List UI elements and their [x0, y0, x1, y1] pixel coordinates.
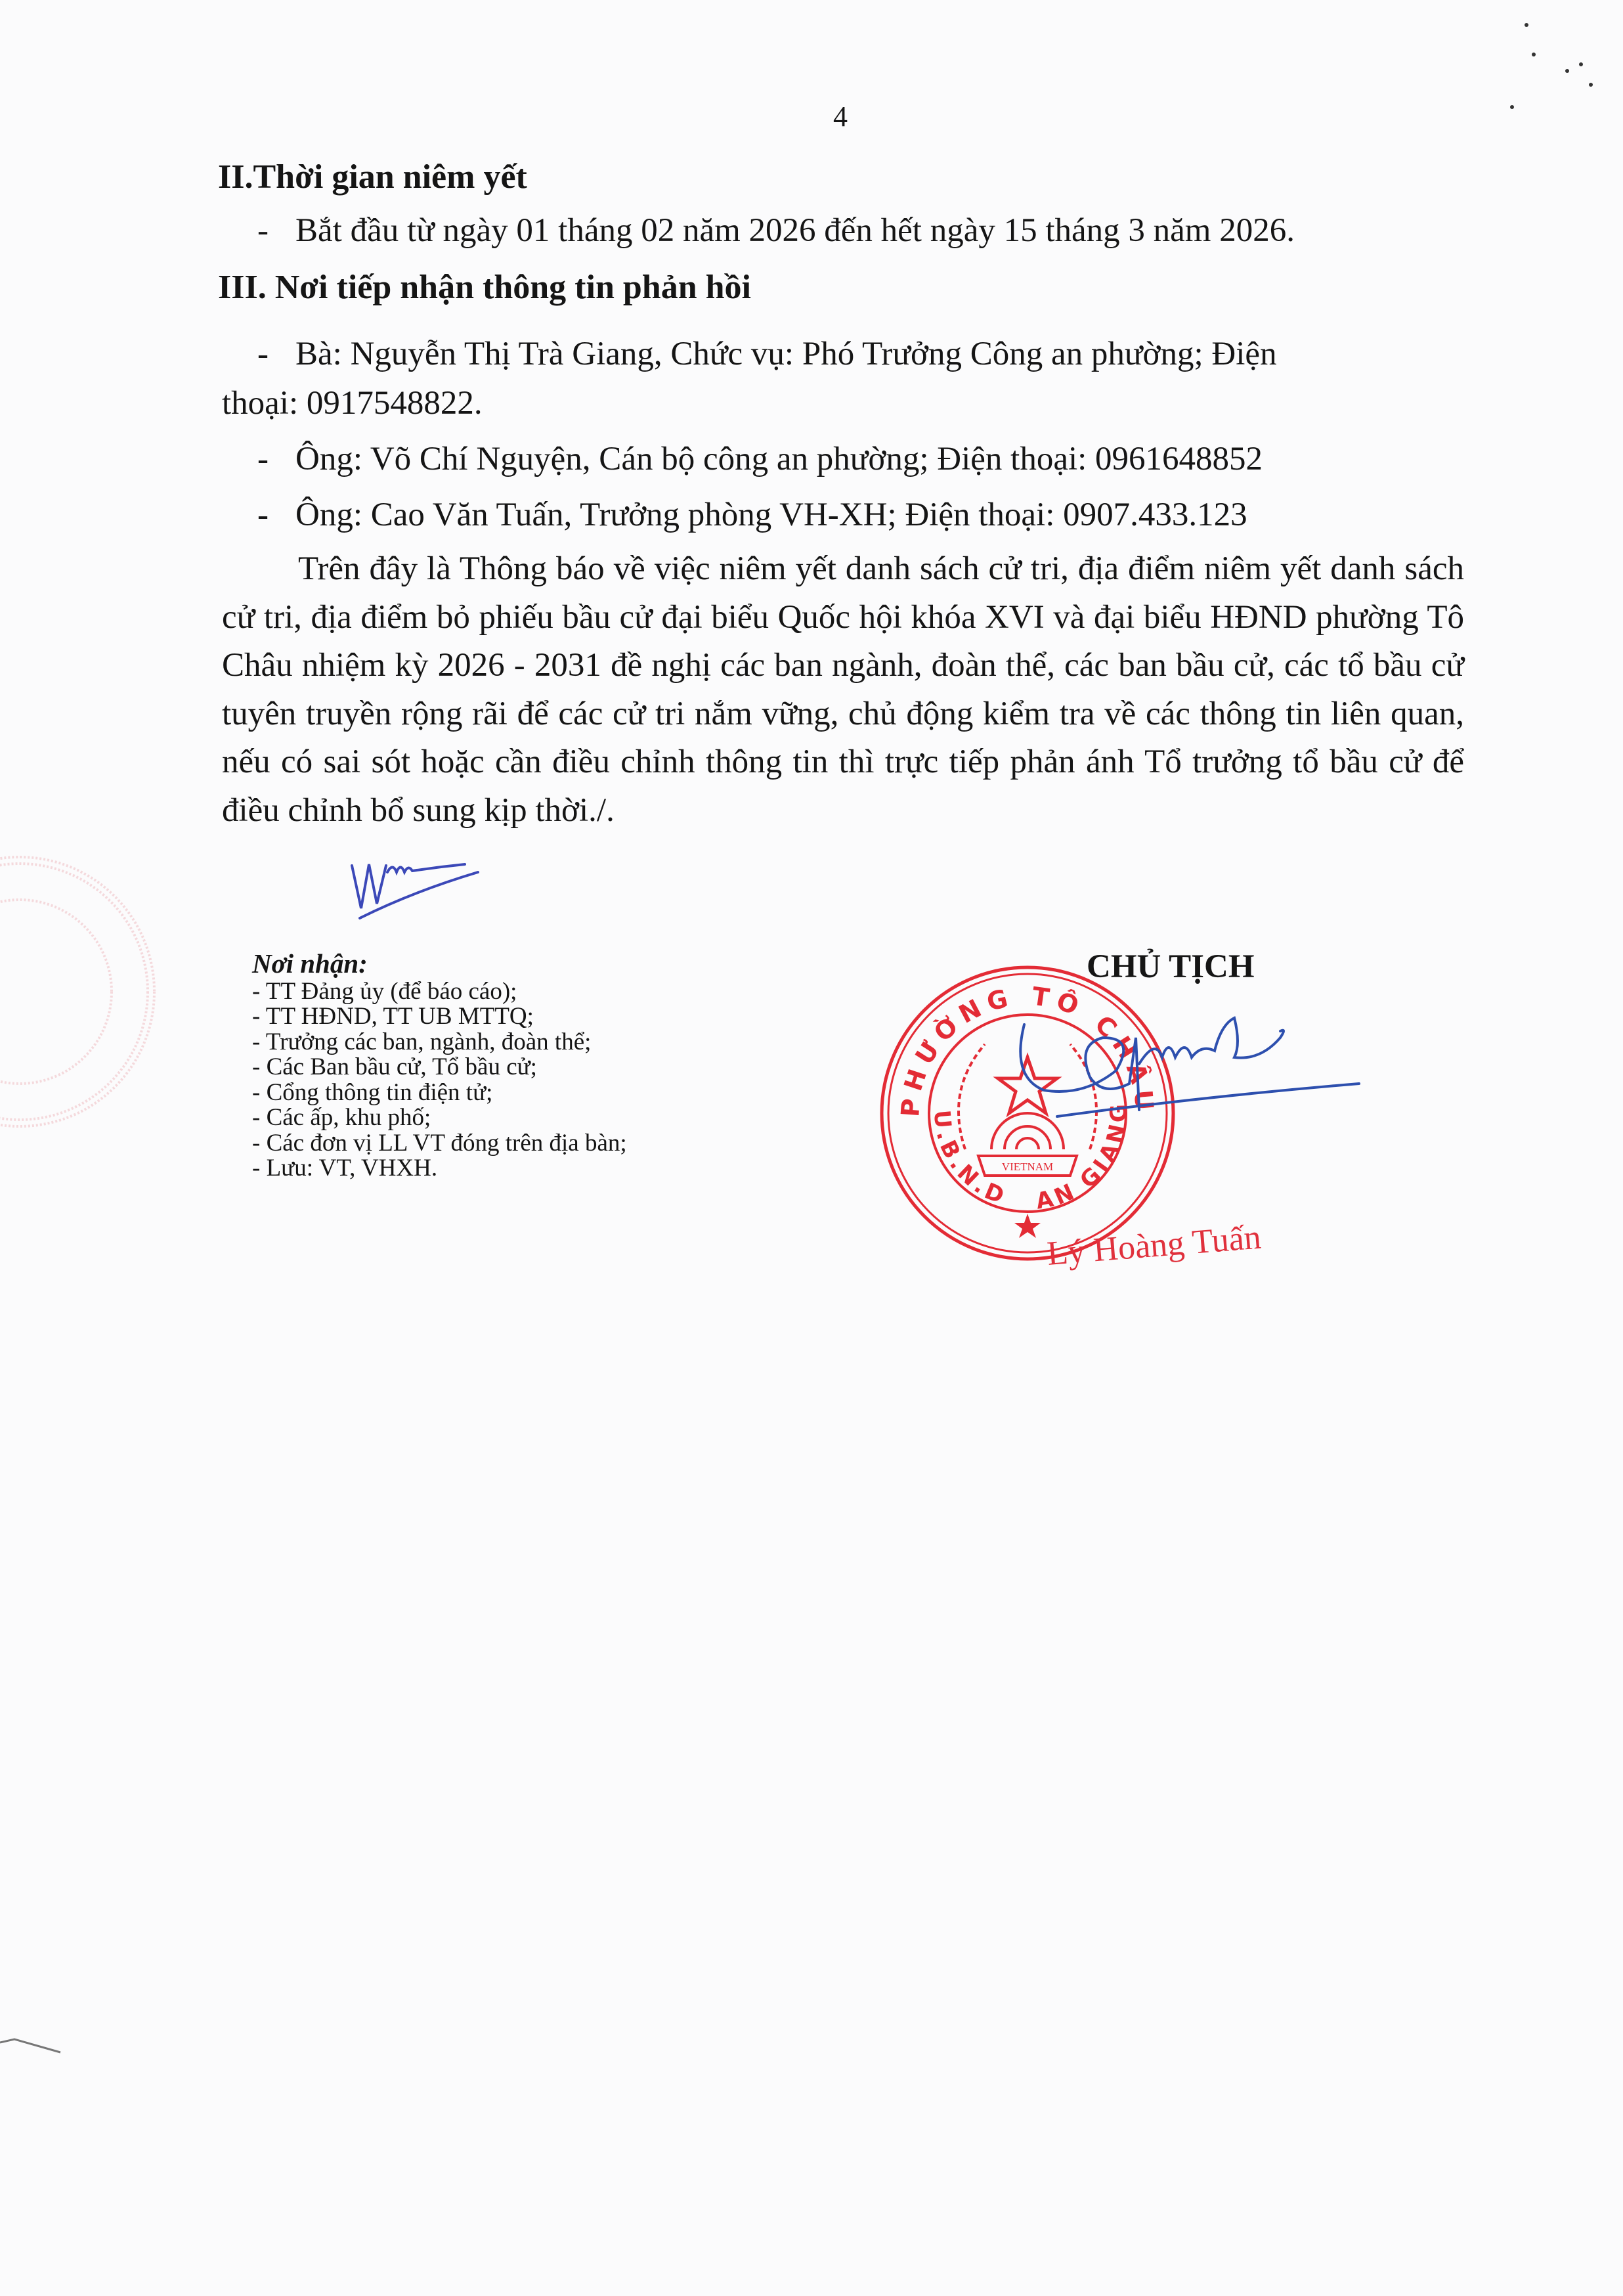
scan-speck	[1579, 62, 1583, 66]
initials-signature-icon	[347, 846, 491, 925]
bullet-dash: -	[257, 496, 295, 534]
contact-item-continuation: thoại: 0917548822.	[222, 384, 483, 422]
recipients-list: Nơi nhận: - TT Đảng ủy (để báo cáo); - T…	[252, 951, 627, 1181]
recipient-item: - TT HĐND, TT UB MTTQ;	[252, 1004, 627, 1030]
recipient-item: - Lưu: VT, VHXH.	[252, 1156, 627, 1181]
section-3-heading: III. Nơi tiếp nhận thông tin phản hồi	[218, 268, 751, 307]
section-2-item: -Bắt đầu từ ngày 01 tháng 02 năm 2026 đế…	[257, 211, 1295, 250]
closing-paragraph: Trên đây là Thông báo về việc niêm yết d…	[222, 545, 1464, 835]
page-number: 4	[0, 100, 1623, 133]
recipient-item: - Các Ban bầu cử, Tổ bầu cử;	[252, 1055, 627, 1080]
recipient-item: - Các ấp, khu phố;	[252, 1105, 627, 1131]
scan-speck	[1525, 23, 1528, 27]
bullet-dash: -	[257, 440, 295, 478]
svg-text:VIETNAM: VIETNAM	[1002, 1160, 1053, 1173]
recipients-title: Nơi nhận:	[252, 951, 627, 977]
recipient-item: - Cổng thông tin điện tử;	[252, 1080, 627, 1106]
scan-speck	[1565, 69, 1569, 73]
contact-item: -Ông: Cao Văn Tuấn, Trưởng phòng VH-XH; …	[257, 496, 1247, 534]
signature-icon	[1005, 998, 1372, 1130]
faint-seal-bleedthrough-icon	[0, 847, 164, 1136]
scan-edge-mark-icon	[0, 2033, 66, 2059]
recipient-item: - TT Đảng ủy (để báo cáo);	[252, 979, 627, 1005]
section-2-heading: II.Thời gian niêm yết	[218, 158, 527, 196]
recipient-item: - Các đơn vị LL VT đóng trên địa bàn;	[252, 1131, 627, 1157]
contact-item: -Bà: Nguyễn Thị Trà Giang, Chức vụ: Phó …	[257, 335, 1277, 373]
contact-item: -Ông: Võ Chí Nguyện, Cán bộ công an phườ…	[257, 440, 1263, 478]
scan-speck	[1510, 105, 1514, 109]
scan-speck	[1589, 83, 1593, 87]
recipient-item: - Trưởng các ban, ngành, đoàn thể;	[252, 1030, 627, 1055]
bullet-dash: -	[257, 211, 295, 250]
bullet-dash: -	[257, 335, 295, 373]
scan-speck	[1532, 53, 1536, 56]
svg-text:U.B.N.D: U.B.N.D	[928, 1109, 1012, 1211]
